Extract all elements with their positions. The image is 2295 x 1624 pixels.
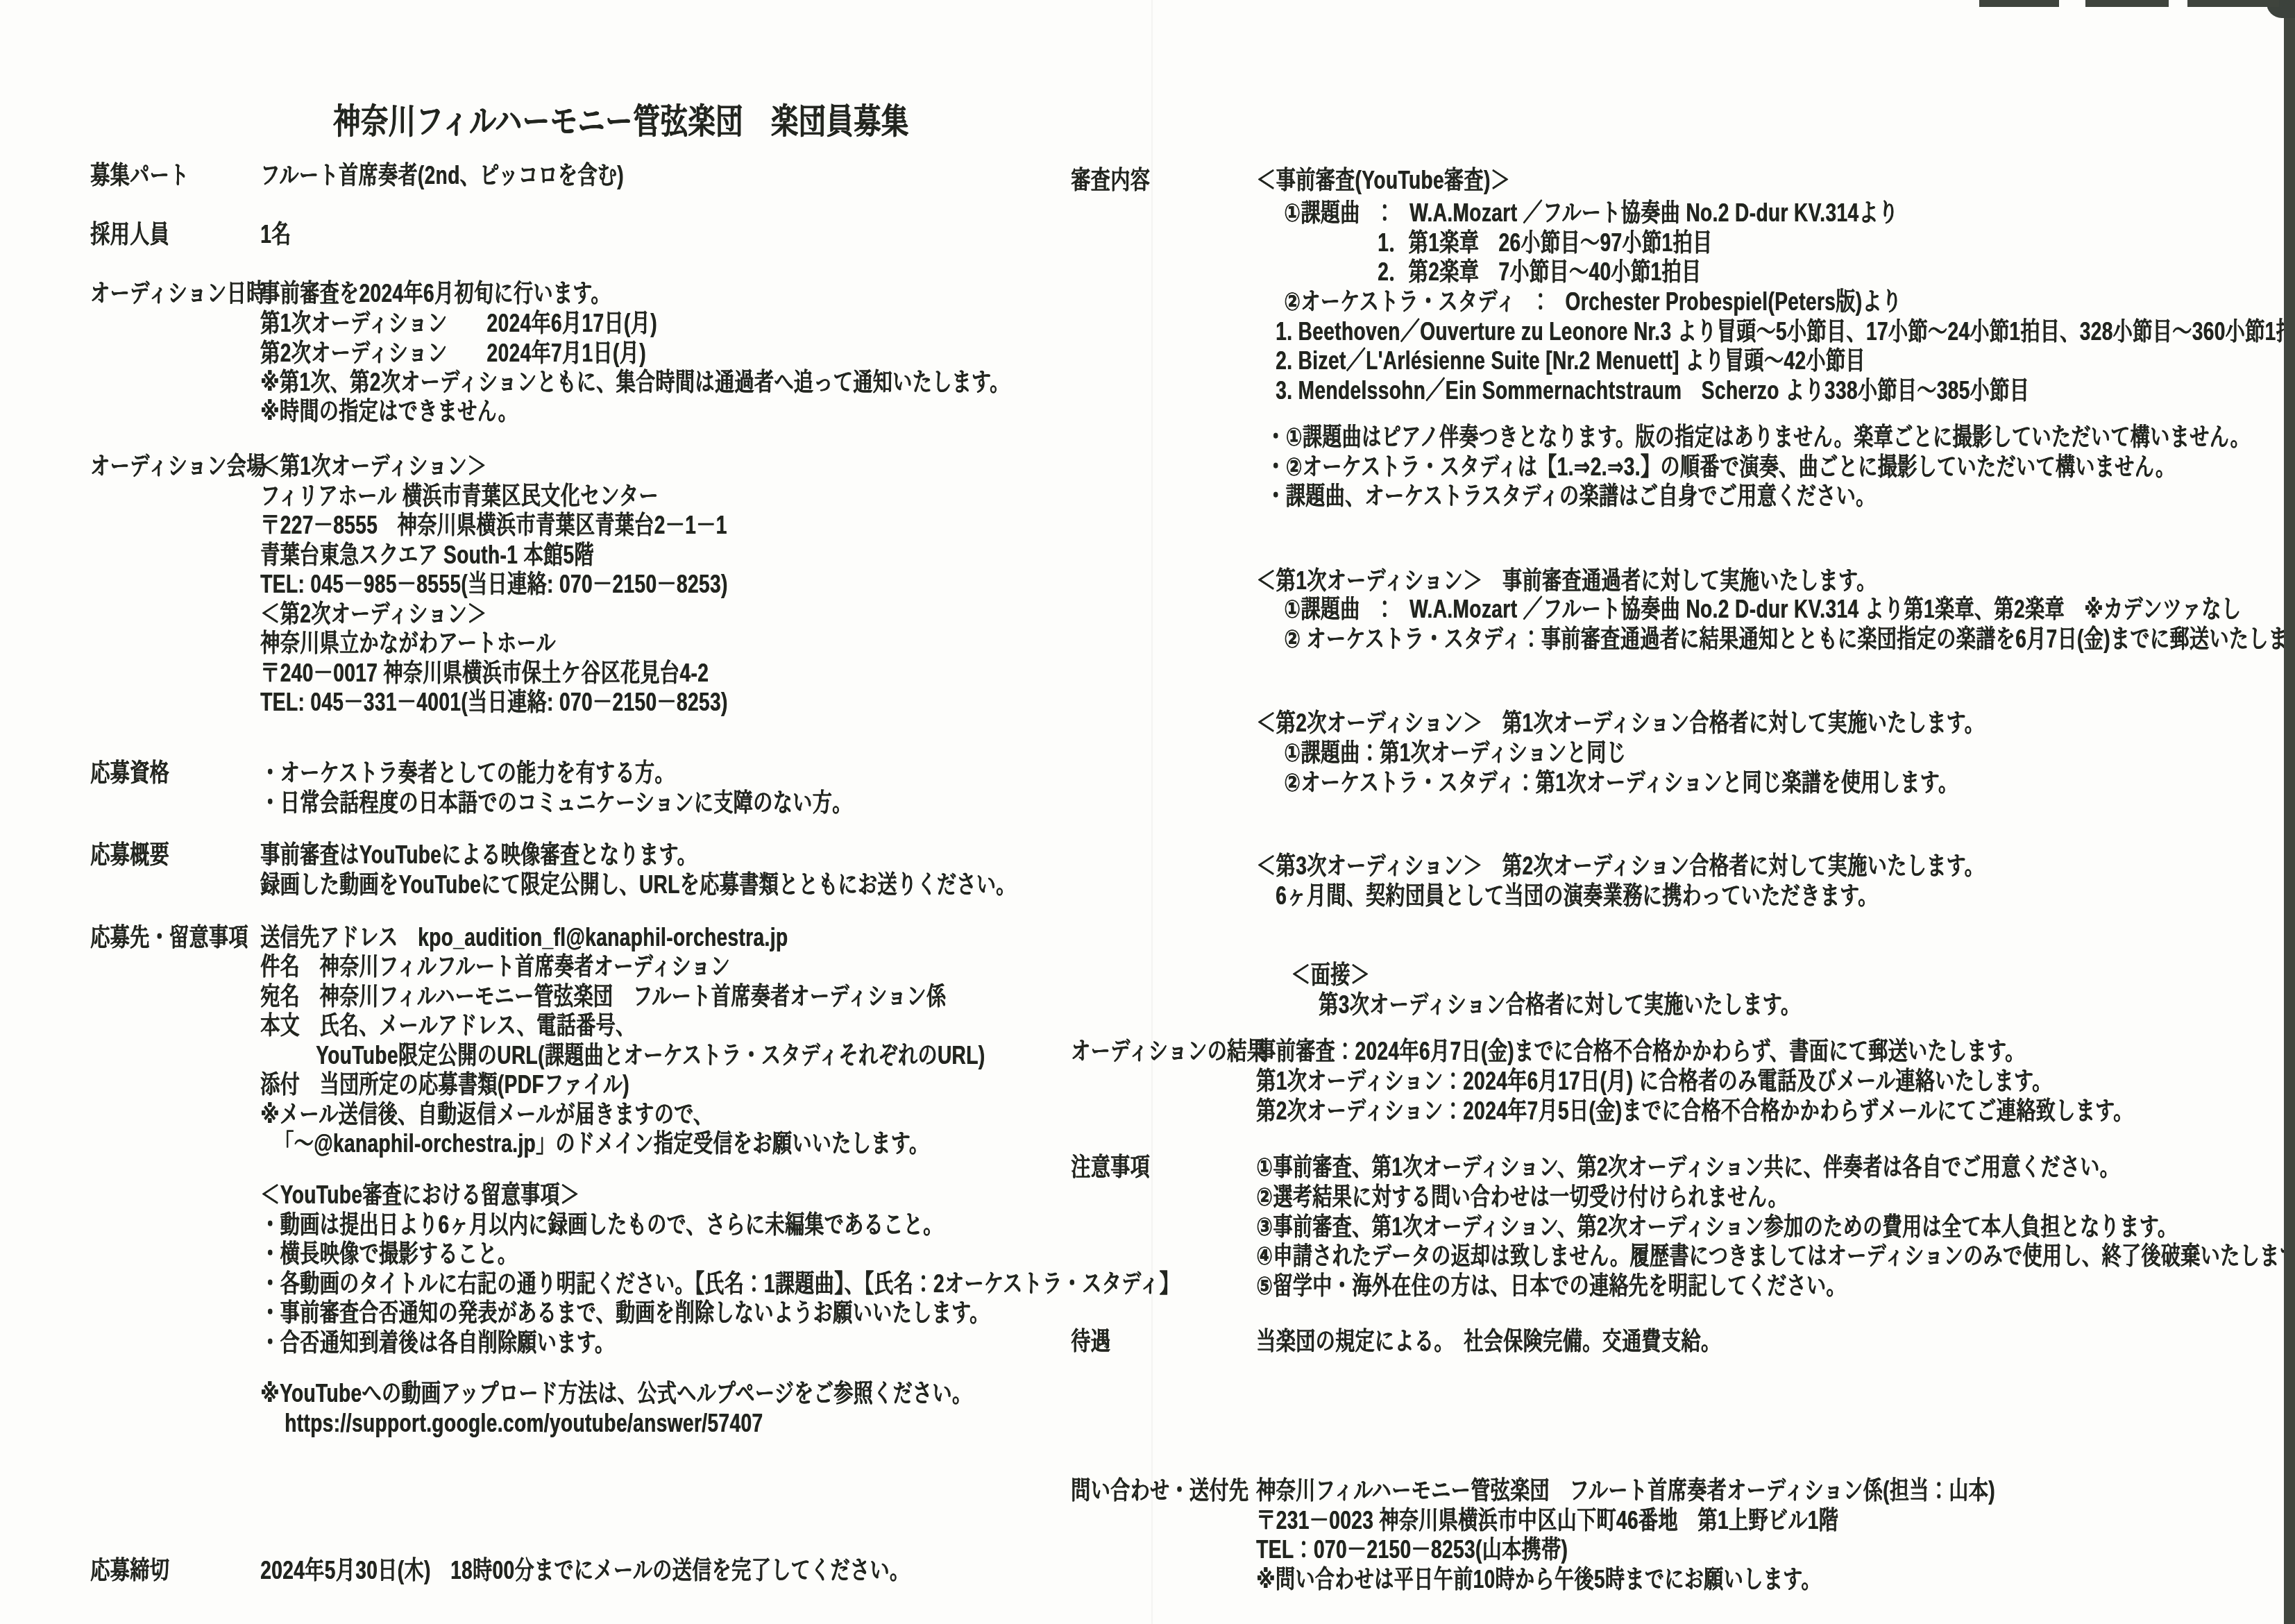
doc-line: 件名 神奈川フィルフルート首席奏者オーディション [260, 953, 730, 981]
doc-line: 神奈川県立かながわアートホール [260, 629, 556, 657]
doc-line: 本文 氏名、メールアドレス、電話番号、 [260, 1012, 635, 1040]
doc-line: ② オーケストラ・スタディ：事前審査通過者に結果通知とともに楽団指定の楽譜を6月… [1284, 625, 2295, 653]
doc-line: ②選考結果に対する問い合わせは一切受け付けられません。 [1256, 1183, 1788, 1211]
doc-line: 1．第1楽章 26小節目～97小節1拍目 [1378, 229, 1712, 257]
doc-line: ＜第2次オーディション＞ [260, 600, 486, 628]
doc-line: ・日常会話程度の日本語でのコミュニケーションに支障のない方。 [260, 789, 852, 817]
doc-line: ＜第3次オーディション＞ 第2次オーディション合格者に対して実施いたします。 [1256, 852, 1984, 880]
doc-line: ②オーケストラ・スタディ：第1次オーディションと同じ楽譜を使用します。 [1284, 769, 1958, 797]
doc-line: ＜第1次オーディション＞ [260, 452, 486, 480]
doc-line: ※時間の指定はできません。 [260, 398, 518, 425]
doc-line: 神奈川フィルハーモニー管弦楽団 フルート首席奏者オーディション係(担当：山本) [1256, 1477, 1995, 1505]
doc-line: ・横長映像で撮影すること。 [260, 1240, 517, 1268]
doc-line: TEL：070－2150－8253(山本携帯) [1256, 1536, 1568, 1564]
doc-line: YouTube限定公開のURL(課題曲とオーケストラ・スタディそれぞれのURL) [316, 1042, 985, 1069]
doc-line: ＜第2次オーディション＞ 第1次オーディション合格者に対して実施いたします。 [1256, 709, 1984, 737]
doc-line: 1. Beethoven／Ouverture zu Leonore Nr.3 よ… [1276, 318, 2295, 346]
doc-line: 送信先アドレス kpo_audition_fl@kanaphil-orchest… [260, 924, 788, 951]
scan-top-dash-artifact [1979, 0, 2059, 7]
doc-line: ＜第1次オーディション＞ 事前審査通過者に対して実施いたします。 [1256, 567, 1877, 595]
doc-line: https://support.google.com/youtube/answe… [285, 1410, 763, 1437]
doc-line: フィリアホール 横浜市青葉区民文化センター [260, 482, 659, 510]
doc-line: 事前審査：2024年6月7日(金)までに合格不合格かかわらず、書面にて郵送いたし… [1256, 1038, 2024, 1065]
doc-line: ⑤留学中・海外在住の方は、日本での連絡先を明記してください。 [1256, 1272, 1846, 1300]
doc-line: 当楽団の規定による。 社会保険完備。交通費支給。 [1256, 1328, 1720, 1355]
section-label: 応募締切 [90, 1557, 169, 1584]
section-label: 問い合わせ・送付先 [1071, 1477, 1248, 1505]
doc-line: TEL: 045－985－8555(当日連絡: 070－2150－8253) [260, 570, 727, 598]
doc-line: ・動画は提出日より6ヶ月以内に録画したもので、さらに未編集であること。 [260, 1211, 942, 1239]
doc-line: 〒227－8555 神奈川県横浜市青葉区青葉台2－1－1 [260, 511, 727, 539]
doc-line: ＜YouTube審査における留意事項＞ [260, 1181, 579, 1209]
doc-line: 2. Bizet／L'Arlésienne Suite [Nr.2 Menuet… [1276, 347, 1865, 375]
scan-top-dash-artifact [2187, 0, 2279, 7]
section-label: 募集パート [90, 162, 189, 189]
section-label: オーディション日時 [90, 280, 266, 307]
doc-line: ②オーケストラ・スタディ ： Orchester Probespiel(Pete… [1284, 288, 1902, 316]
scan-edge-right [2284, 0, 2295, 1624]
doc-line: ※メール送信後、自動返信メールが届きますので、 [260, 1101, 713, 1128]
doc-line: 〒231－0023 神奈川県横浜市中区山下町46番地 第1上野ビル1階 [1256, 1507, 1838, 1534]
doc-line: ・各動画のタイトルに右記の通り明記ください。【氏名：1課題曲】、【氏名：2オーケ… [260, 1270, 1179, 1298]
section-label: 応募資格 [90, 759, 169, 787]
doc-line: ・②オーケストラ・スタディは【1.⇒2.⇒3.】の順番で演奏、曲ごとに撮影してい… [1266, 453, 2175, 481]
doc-line: 1名 [260, 221, 291, 248]
section-label: 応募概要 [90, 841, 169, 869]
doc-line: 事前審査はYouTubeによる映像審査となります。 [260, 841, 697, 869]
doc-line: ・オーケストラ奏者としての能力を有する方。 [260, 759, 675, 787]
doc-line: ＜事前審査(YouTube審査)＞ [1256, 167, 1510, 194]
doc-line: 第1次オーディション 2024年6月17日(月) [260, 310, 657, 337]
doc-line: ・①課題曲はピアノ伴奏つきとなります。版の指定はありません。楽章ごとに撮影してい… [1266, 423, 2250, 451]
doc-line: ※問い合わせは平日午前10時から午後5時までにお願いします。 [1256, 1566, 1821, 1593]
doc-line: 2024年5月30日(木) 18時00分までにメールの送信を完了してください。 [260, 1557, 909, 1584]
doc-line: 添付 当団所定の応募書類(PDFファイル) [260, 1071, 629, 1099]
section-label: 採用人員 [90, 221, 169, 248]
scan-top-dash-artifact [2085, 0, 2169, 7]
doc-line: ・合否通知到着後は各自削除願います。 [260, 1329, 614, 1357]
doc-line: ※YouTubeへの動画アップロード方法は、公式ヘルプページをご参照ください。 [260, 1380, 972, 1407]
doc-line: 第1次オーディション：2024年6月17日(月) に合格者のみ電話及びメール連絡… [1256, 1067, 2052, 1095]
section-label: オーディション会場 [90, 452, 266, 480]
doc-line: 第2次オーディション：2024年7月5日(金)までに合格不合格かかわらずメールに… [1256, 1097, 2133, 1125]
doc-line: 第2次オーディション 2024年7月1日(月) [260, 339, 646, 367]
doc-line: ・課題曲、オーケストラスタディの楽譜はご自身でご用意ください。 [1266, 482, 1875, 510]
doc-line: ＜面接＞ [1291, 961, 1370, 989]
doc-line: ①課題曲 ： W.A.Mozart ／フルート協奏曲 No.2 D-dur KV… [1284, 199, 1898, 227]
scanned-recruitment-notice: 神奈川フィルハーモニー管弦楽団 楽団員募集 募集パートフルート首席奏者(2nd、… [0, 0, 2295, 1624]
doc-line: ①事前審査、第1次オーディション、第2次オーディション共に、伴奏者は各自でご用意… [1256, 1153, 2119, 1181]
section-label: オーディションの結果 [1071, 1038, 1267, 1065]
section-label: 応募先・留意事項 [90, 924, 248, 951]
doc-line: フルート首席奏者(2nd、ピッコロを含む) [260, 162, 624, 189]
doc-line: 宛名 神奈川フィルハーモニー管弦楽団 フルート首席奏者オーディション係 [260, 983, 946, 1010]
section-label: 注意事項 [1071, 1153, 1150, 1181]
section-label: 審査内容 [1071, 167, 1150, 194]
doc-line: TEL: 045－331－4001(当日連絡: 070－2150－8253) [260, 688, 727, 716]
doc-line: ③事前審査、第1次オーディション、第2次オーディション参加のための費用は全て本人… [1256, 1213, 2177, 1241]
doc-line: 「～@kanaphil-orchestra.jp」のドメイン指定受信をお願いいた… [274, 1130, 929, 1158]
doc-line: 2．第2楽章 7小節目～40小節1拍目 [1378, 258, 1701, 286]
doc-line: 3. Mendelssohn／Ein Sommernachtstraum Sch… [1276, 377, 2029, 405]
doc-line: ※第1次、第2次オーディションともに、集合時間は通過者へ追って通知いたします。 [260, 369, 1010, 396]
doc-line: 事前審査を2024年6月初旬に行います。 [260, 280, 611, 307]
doc-line: ④申請されたデータの返却は致しません。履歴書につきましてはオーディションのみで使… [1256, 1242, 2295, 1270]
doc-line: 青葉台東急スクエア South-1 本館5階 [260, 541, 594, 569]
doc-line: ・事前審査合否通知の発表があるまで、動画を削除しないようお願いいたします。 [260, 1299, 990, 1327]
doc-line: 〒240－0017 神奈川県横浜市保土ケ谷区花見台4-2 [260, 659, 709, 687]
doc-line: ①課題曲 ： W.A.Mozart ／フルート協奏曲 No.2 D-dur KV… [1284, 595, 2241, 623]
doc-line: ①課題曲：第1次オーディションと同じ [1284, 739, 1626, 767]
scan-seam-artifact [1151, 0, 1153, 1624]
doc-line: 第3次オーディション合格者に対して実施いたします。 [1319, 991, 1800, 1019]
page-title: 神奈川フィルハーモニー管弦楽団 楽団員募集 [333, 103, 909, 141]
doc-line: 録画した動画をYouTubeにて限定公開し、URLを応募書類とともにお送りくださ… [260, 871, 1016, 899]
doc-line: 6ヶ月間、契約団員として当団の演奏業務に携わっていただきます。 [1276, 882, 1878, 910]
section-label: 待遇 [1071, 1328, 1110, 1355]
